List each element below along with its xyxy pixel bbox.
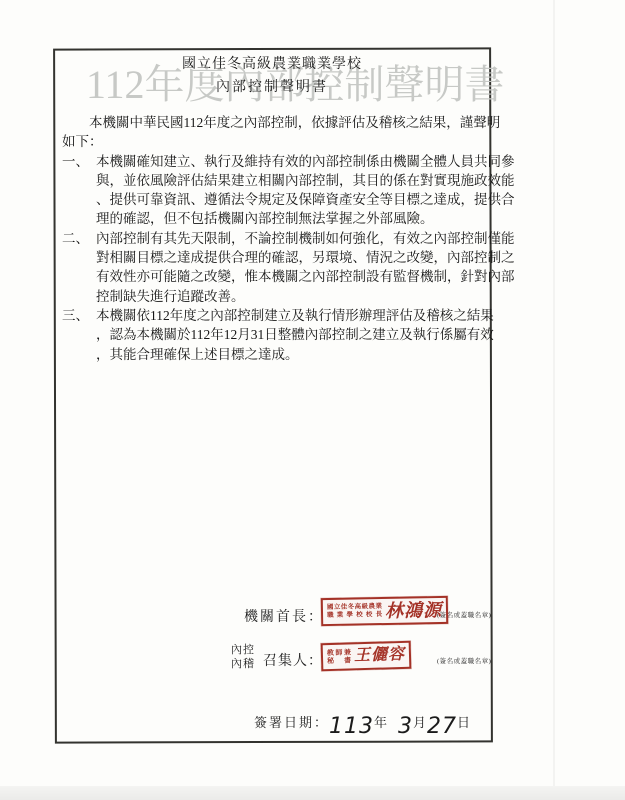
body-line: ，認為本機關於112年12月31日整體內部控制之建立及執行係屬有效 [96, 325, 486, 344]
convener-stamp: 教師兼 秘書 王儷容 [321, 641, 412, 672]
signature-note: (簽名或蓋職名章) [437, 656, 491, 665]
signing-date-line: 簽署日期：113年3月27日 [254, 712, 471, 739]
list-marker: 三、 [62, 306, 89, 325]
convener-name: 王儷容 [354, 645, 406, 666]
scan-page-edge [553, 0, 555, 800]
scan-bottom-shadow [0, 786, 625, 800]
principal-stamp: 國立佳冬高級農業 職業學校校長 林鴻源 [321, 596, 448, 626]
body-line: 本機關確知建立、執行及維持有效的內部控制係由機關全體人員共同參 [96, 152, 486, 171]
document-subtitle: 內部控制聲明書 [54, 79, 490, 97]
intro-line: 本機關中華民國112年度之內部控制，依據評估及稽核之結果，謹聲明 [62, 113, 486, 132]
list-item-3: 三、 本機關依112年度之內部控制建立及執行情形辦理評估及稽核之結果 ，認為本機… [62, 306, 486, 364]
stamp-title-column: 教師兼 秘書 [327, 648, 351, 666]
body-line: 有效性亦可能隨之改變，惟本機關之內部控制設有監督機制，針對內部 [96, 267, 486, 286]
list-marker: 二、 [62, 229, 89, 248]
body-line: ，其能合理確保上述目標之達成。 [96, 345, 486, 364]
stamp-org-line: 職業學校校長 [327, 611, 382, 620]
body-line: 本機關依112年度之內部控制建立及執行情形辦理評估及稽核之結果 [96, 306, 486, 325]
scanned-document-page: 112年度內部控制聲明書 國立佳冬高級農業職業學校 內部控制聲明書 本機關中華民… [0, 0, 625, 800]
agency-head-label: 機關首長： [244, 606, 324, 626]
month-unit: 月 [413, 715, 427, 730]
body-line: 、提供可靠資訊、遵循法令規定及保障資產安全等目標之達成，提供合 [96, 190, 486, 209]
convener-label: 召集人： [263, 650, 323, 670]
body-line: 控制缺失進行追蹤改善。 [96, 287, 486, 306]
stamp-title-line: 秘書 [327, 656, 351, 665]
list-item-2: 二、 內部控制有其先天限制，不論控制機制如何強化，有效之內部控制僅能 對相關目標… [62, 229, 486, 306]
handwritten-year: 113 [329, 714, 374, 739]
internal-audit-label: 內稽 [231, 658, 255, 672]
document-title: 國立佳冬高級農業職業學校 內部控制聲明書 [54, 56, 490, 97]
principal-name: 林鴻源 [385, 600, 442, 621]
body-line: 對相關目標之達成提供合理的確認，另環境、情況之改變，內部控制之 [96, 248, 486, 267]
body-line: 內部控制有其先天限制，不論控制機制如何強化，有效之內部控制僅能 [96, 229, 486, 248]
year-unit: 年 [374, 715, 388, 730]
internal-control-label: 內控 [231, 644, 255, 658]
intro-line: 如下： [62, 132, 486, 151]
list-item-1: 一、 本機關確知建立、執行及維持有效的內部控制係由機關全體人員共同參 與，並依風… [62, 152, 486, 229]
day-unit: 日 [457, 715, 471, 730]
body-line: 理的確認，但不包括機關內部控制無法掌握之外部風險。 [96, 209, 486, 228]
body-line: 與，並依風險評估結果建立相關內部控制，其目的係在對實現施政效能 [96, 171, 486, 190]
stamp-org-column: 國立佳冬高級農業 職業學校校長 [327, 603, 382, 620]
handwritten-month: 3 [398, 714, 413, 739]
school-name: 國立佳冬高級農業職業學校 [54, 56, 490, 74]
date-label: 簽署日期： [254, 715, 329, 730]
list-marker: 一、 [62, 152, 89, 171]
internal-control-audit-label: 內控 內稽 [231, 644, 255, 671]
handwritten-day: 27 [427, 714, 457, 739]
document-body: 本機關中華民國112年度之內部控制，依據評估及稽核之結果，謹聲明 如下： 一、 … [62, 113, 486, 364]
